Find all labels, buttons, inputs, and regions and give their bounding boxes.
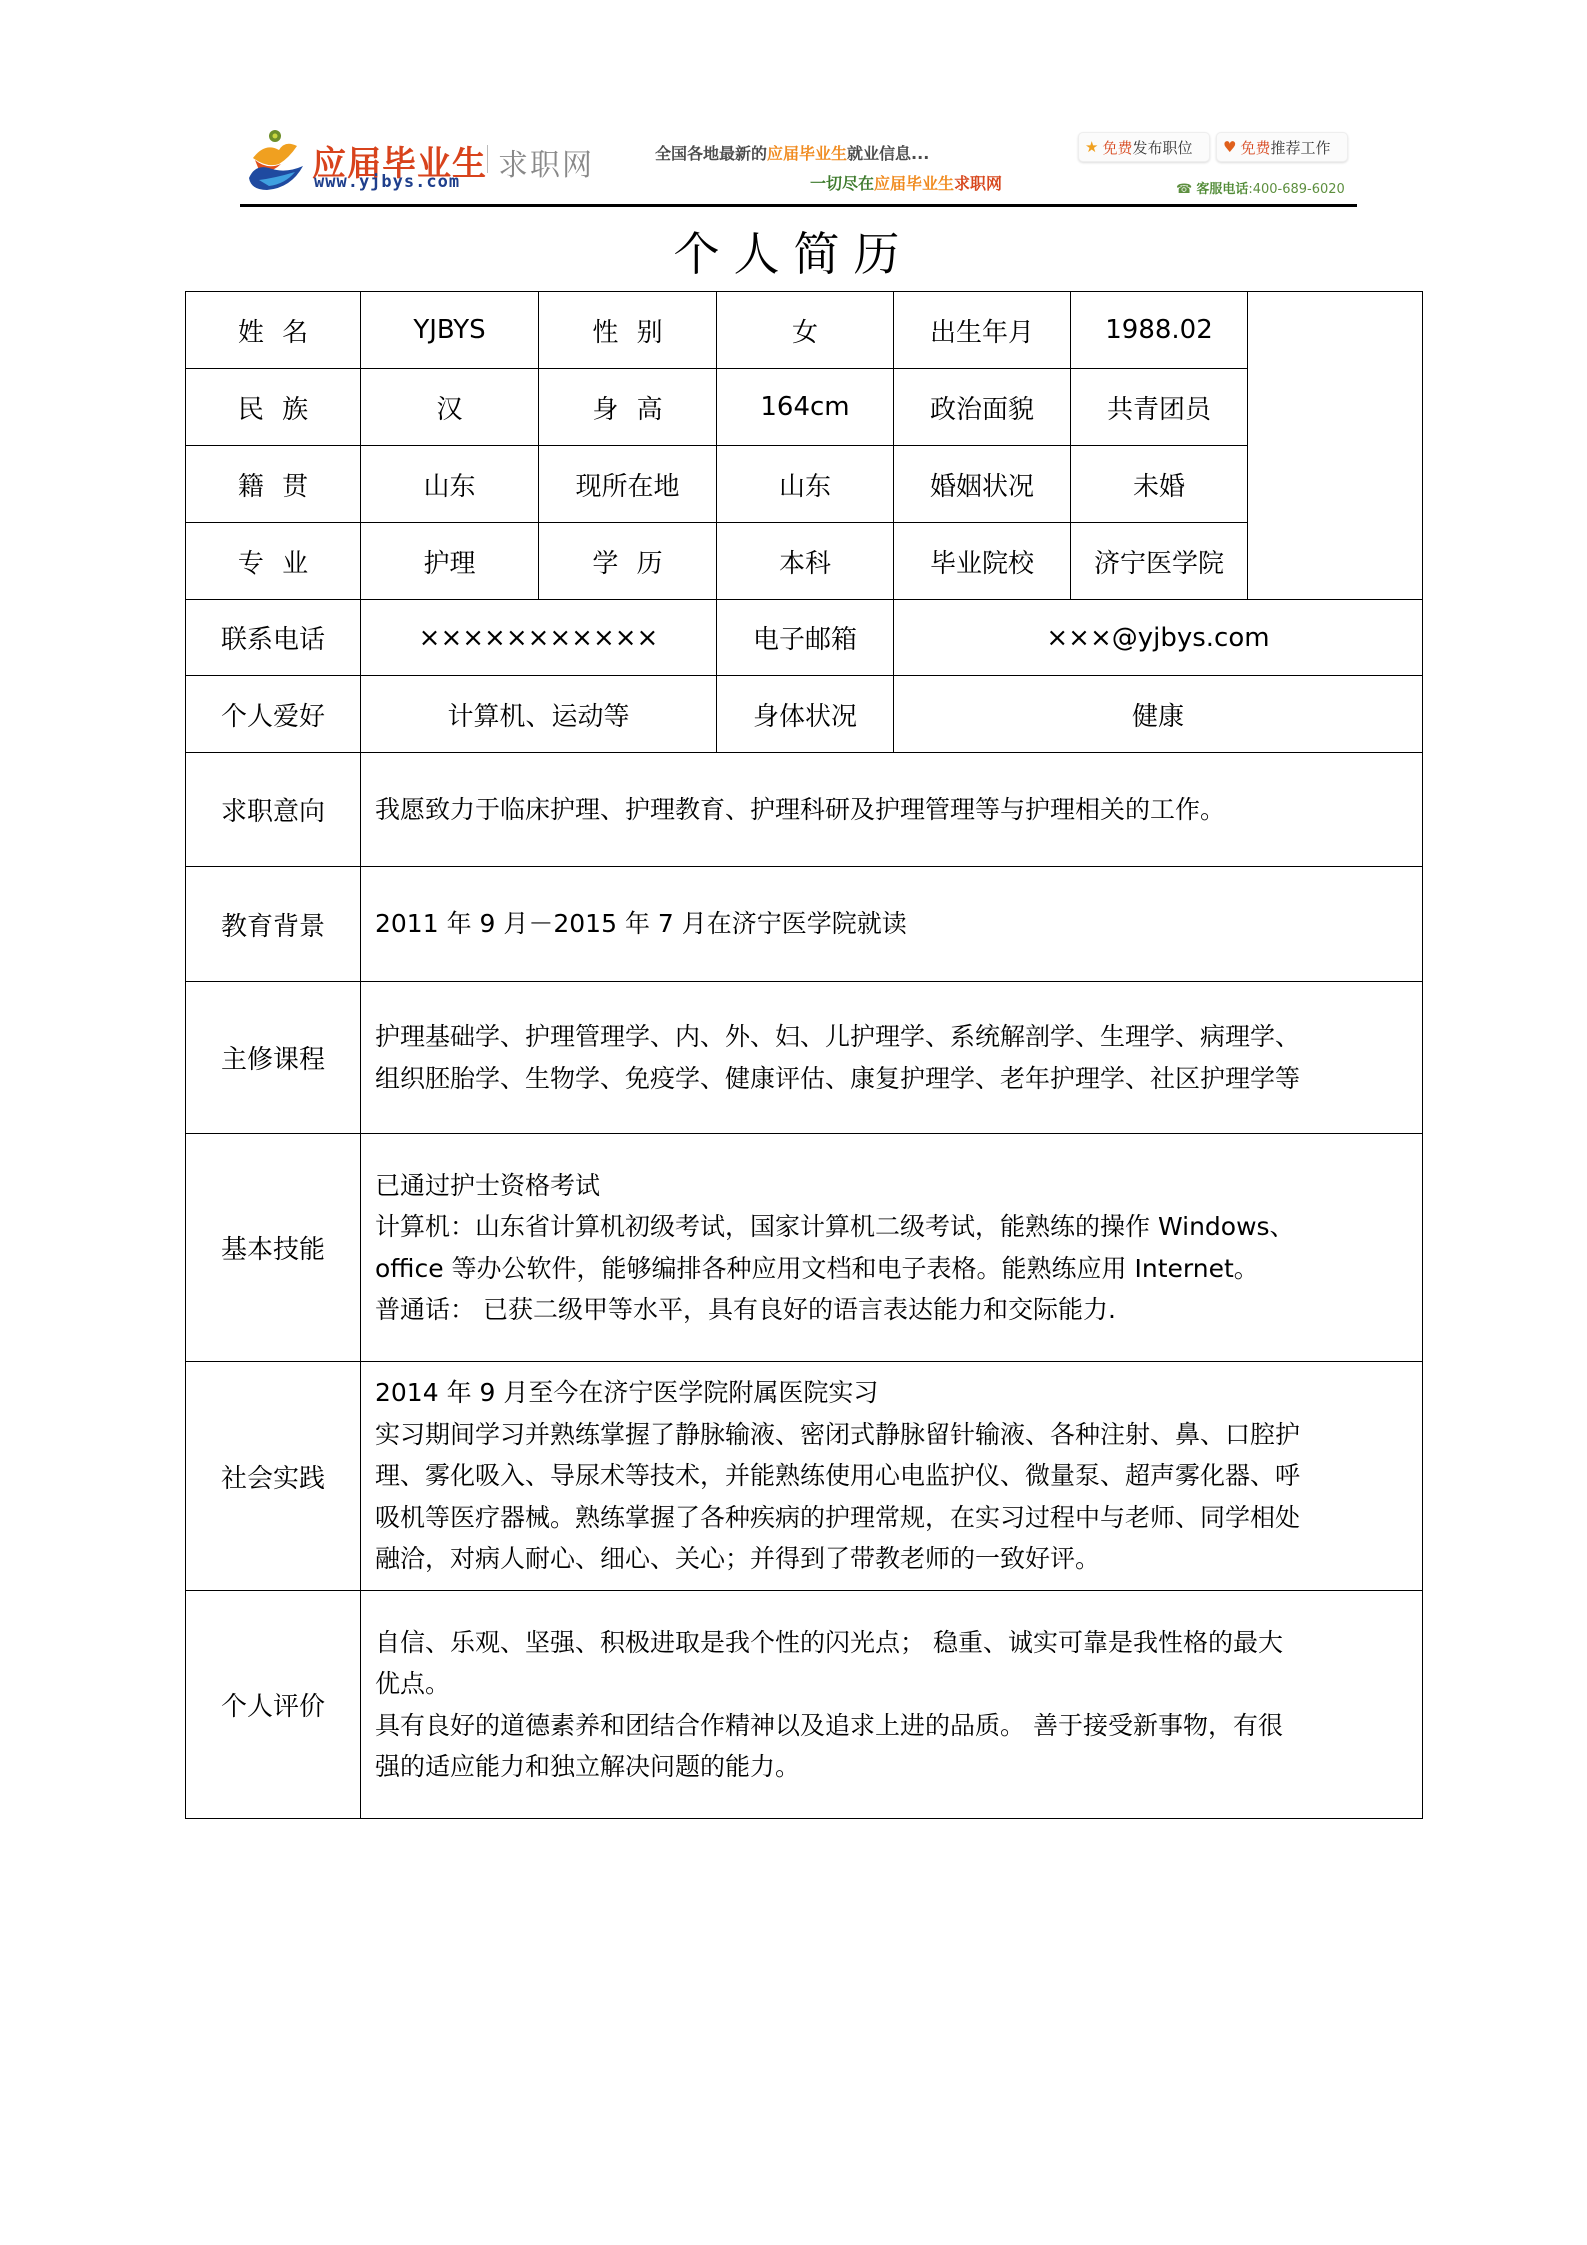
- free-label: 免费: [1102, 137, 1132, 158]
- name-value: YJBYS: [360, 291, 539, 369]
- tagline-2-part: 一切尽在: [810, 174, 874, 193]
- tagline-1: 全国各地最新的应届毕业生就业信息...: [655, 141, 929, 164]
- intention-line: 我愿致力于临床护理、护理教育、护理科研及护理管理等与护理相关的工作。: [375, 789, 1408, 831]
- hotline: ☎ 客服电话:400-689-6020: [1176, 178, 1345, 197]
- courses-line: 护理基础学、护理管理学、内、外、妇、儿护理学、系统解剖学、生理学、病理学、: [375, 1016, 1408, 1058]
- tagline-1-part: 就业信息...: [847, 144, 929, 163]
- skills-line: 普通话： 已获二级甲等水平，具有良好的语言表达能力和交际能力.: [375, 1289, 1408, 1331]
- phone-label: 联系电话: [185, 599, 361, 676]
- education-line: 2011 年 9 月－2015 年 7 月在济宁医学院就读: [375, 903, 1408, 945]
- health-label: 身体状况: [716, 675, 894, 753]
- practice-line: 融洽，对病人耐心、细心、关心；并得到了带教老师的一致好评。: [375, 1538, 1408, 1580]
- recommend-job-label: 推荐工作: [1270, 137, 1330, 158]
- native-value: 山东: [360, 445, 539, 523]
- tagline-1-part: 全国各地最新的: [655, 144, 767, 163]
- gender-value: 女: [716, 291, 894, 369]
- courses-content: 护理基础学、护理管理学、内、外、妇、儿护理学、系统解剖学、生理学、病理学、 组织…: [360, 981, 1423, 1134]
- courses-label: 主修课程: [185, 981, 361, 1134]
- hobby-value: 计算机、运动等: [360, 675, 717, 753]
- education-label: 教育背景: [185, 866, 361, 982]
- star-icon: ★: [1085, 138, 1098, 156]
- gender-label: 性 别: [538, 291, 717, 369]
- intention-content: 我愿致力于临床护理、护理教育、护理科研及护理管理等与护理相关的工作。: [360, 752, 1423, 867]
- intention-label: 求职意向: [185, 752, 361, 867]
- courses-line: 组织胚胎学、生物学、免疫学、健康评估、康复护理学、老年护理学、社区护理学等: [375, 1058, 1408, 1100]
- evaluation-line: 自信、乐观、坚强、积极进取是我个性的闪光点； 稳重、诚实可靠是我性格的最大: [375, 1622, 1408, 1664]
- email-value: ×××@yjbys.com: [893, 599, 1423, 676]
- phone-icon: ☎: [1176, 182, 1192, 197]
- evaluation-label: 个人评价: [185, 1590, 361, 1819]
- hotline-label: 客服电话: [1196, 182, 1248, 197]
- birth-label: 出生年月: [893, 291, 1071, 369]
- page-title: 个人简历: [0, 218, 1587, 284]
- native-label: 籍 贯: [185, 445, 361, 523]
- logo-icon: [245, 128, 307, 192]
- phone-value: ×××××××××××: [360, 599, 717, 676]
- tagline-2: 一切尽在应届毕业生求职网: [810, 171, 1002, 194]
- political-label: 政治面貌: [893, 368, 1071, 446]
- practice-line: 理、雾化吸入、导尿术等技术，并能熟练使用心电监护仪、微量泵、超声雾化器、呼: [375, 1455, 1408, 1497]
- logo-divider: [487, 145, 488, 173]
- practice-line: 实习期间学习并熟练掌握了静脉输液、密闭式静脉留针输液、各种注射、鼻、口腔护: [375, 1414, 1408, 1456]
- degree-label: 学 历: [538, 522, 717, 600]
- logo-subtitle: 求职网: [498, 140, 594, 184]
- evaluation-line: 具有良好的道德素养和团结合作精神以及追求上进的品质。 善于接受新事物，有很: [375, 1705, 1408, 1747]
- tagline-1-brand: 应届毕业生: [767, 144, 847, 163]
- marital-label: 婚姻状况: [893, 445, 1071, 523]
- marital-value: 未婚: [1070, 445, 1248, 523]
- height-value: 164cm: [716, 368, 894, 446]
- residence-value: 山东: [716, 445, 894, 523]
- post-job-label: 发布职位: [1132, 137, 1192, 158]
- skills-content: 已通过护士资格考试 计算机：山东省计算机初级考试，国家计算机二级考试，能熟练的操…: [360, 1133, 1423, 1362]
- education-content: 2011 年 9 月－2015 年 7 月在济宁医学院就读: [360, 866, 1423, 982]
- hobby-label: 个人爱好: [185, 675, 361, 753]
- ethnicity-value: 汉: [360, 368, 539, 446]
- photo-cell: [1247, 291, 1423, 600]
- skills-line: 计算机：山东省计算机初级考试，国家计算机二级考试，能熟练的操作 Windows、: [375, 1206, 1408, 1248]
- major-value: 护理: [360, 522, 539, 600]
- height-label: 身 高: [538, 368, 717, 446]
- health-value: 健康: [893, 675, 1423, 753]
- practice-label: 社会实践: [185, 1361, 361, 1591]
- practice-line: 2014 年 9 月至今在济宁医学院附属医院实习: [375, 1372, 1408, 1414]
- free-label: 免费: [1240, 137, 1270, 158]
- skills-label: 基本技能: [185, 1133, 361, 1362]
- practice-content: 2014 年 9 月至今在济宁医学院附属医院实习 实习期间学习并熟练掌握了静脉输…: [360, 1361, 1423, 1591]
- logo-url: www.yjbys.com: [314, 172, 460, 192]
- evaluation-line: 优点。: [375, 1663, 1408, 1705]
- hotline-number: :400-689-6020: [1248, 182, 1344, 197]
- tagline-2-brand: 应届毕业生: [874, 174, 954, 193]
- email-label: 电子邮箱: [716, 599, 894, 676]
- school-value: 济宁医学院: [1070, 522, 1248, 600]
- birth-value: 1988.02: [1070, 291, 1248, 369]
- skills-line: office 等办公软件，能够编排各种应用文档和电子表格。能熟练应用 Inter…: [375, 1248, 1408, 1290]
- post-job-button[interactable]: ★ 免费发布职位: [1078, 132, 1210, 162]
- major-label: 专 业: [185, 522, 361, 600]
- practice-line: 吸机等医疗器械。熟练掌握了各种疾病的护理常规，在实习过程中与老师、同学相处: [375, 1497, 1408, 1539]
- recommend-job-button[interactable]: ♥ 免费推荐工作: [1216, 132, 1348, 162]
- ethnicity-label: 民 族: [185, 368, 361, 446]
- name-label: 姓 名: [185, 291, 361, 369]
- evaluation-line: 强的适应能力和独立解决问题的能力。: [375, 1746, 1408, 1788]
- heart-icon: ♥: [1223, 138, 1236, 156]
- residence-label: 现所在地: [538, 445, 717, 523]
- political-value: 共青团员: [1070, 368, 1248, 446]
- evaluation-content: 自信、乐观、坚强、积极进取是我个性的闪光点； 稳重、诚实可靠是我性格的最大 优点…: [360, 1590, 1423, 1819]
- skills-line: 已通过护士资格考试: [375, 1165, 1408, 1207]
- tagline-2-part: 求职网: [954, 174, 1002, 193]
- school-label: 毕业院校: [893, 522, 1071, 600]
- header-rule: [240, 204, 1357, 207]
- degree-value: 本科: [716, 522, 894, 600]
